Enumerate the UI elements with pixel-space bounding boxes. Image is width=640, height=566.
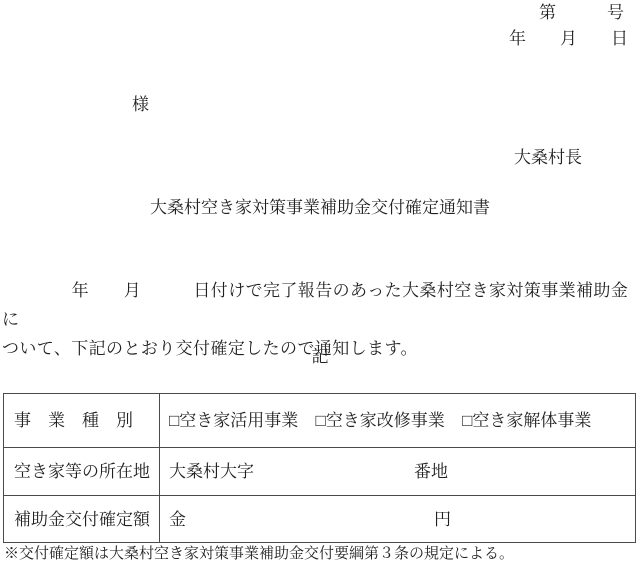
business-type-option-utilization: □空き家活用事業	[169, 411, 298, 430]
amount-prefix: 金	[169, 510, 186, 529]
amount-suffix: 円	[434, 510, 451, 529]
record-marker: 記	[0, 348, 640, 365]
details-table: 事 業 種 別 □空き家活用事業 □空き家改修事業 □空き家解体事業 空き家等の…	[3, 393, 636, 543]
location-suffix: 番地	[414, 462, 448, 481]
document-number-line: 第 号	[539, 4, 624, 21]
document-page: 第 号 年 月 日 様 大桑村長 大桑村空き家対策事業補助金交付確定通知書 年 …	[0, 0, 640, 566]
recipient-name-suffix: 様	[132, 96, 149, 113]
table-row-business-type: 事 業 種 別 □空き家活用事業 □空き家改修事業 □空き家解体事業	[4, 394, 636, 448]
row-label-business-type: 事 業 種 別	[4, 394, 160, 448]
checkbox-icon: □	[316, 411, 326, 430]
option-label-utilization: 空き家活用事業	[179, 411, 298, 430]
row-value-property-location: 大桑村大字番地	[160, 448, 636, 496]
option-label-demolition: 空き家解体事業	[472, 411, 591, 430]
row-label-property-location: 空き家等の所在地	[4, 448, 160, 496]
body-line-1: 年 月 日付けで完了報告のあった大桑村空き家対策事業補助金に	[2, 276, 638, 334]
business-type-option-demolition: □空き家解体事業	[462, 411, 591, 430]
row-value-grant-amount: 金円	[160, 496, 636, 543]
option-label-renovation: 空き家改修事業	[326, 411, 445, 430]
footnote: ※交付確定額は大桑村空き家対策事業補助金交付要綱第３条の規定による。	[4, 547, 514, 562]
location-prefix: 大桑村大字	[169, 462, 254, 481]
row-value-business-type: □空き家活用事業 □空き家改修事業 □空き家解体事業	[160, 394, 636, 448]
business-type-option-renovation: □空き家改修事業	[316, 411, 445, 430]
document-title: 大桑村空き家対策事業補助金交付確定通知書	[0, 199, 640, 216]
date-line: 年 月 日	[509, 30, 628, 47]
table-row-grant-amount: 補助金交付確定額 金円	[4, 496, 636, 543]
sender-title: 大桑村長	[514, 149, 582, 166]
checkbox-icon: □	[169, 411, 179, 430]
table-row-property-location: 空き家等の所在地 大桑村大字番地	[4, 448, 636, 496]
checkbox-icon: □	[462, 411, 472, 430]
row-label-grant-amount: 補助金交付確定額	[4, 496, 160, 543]
